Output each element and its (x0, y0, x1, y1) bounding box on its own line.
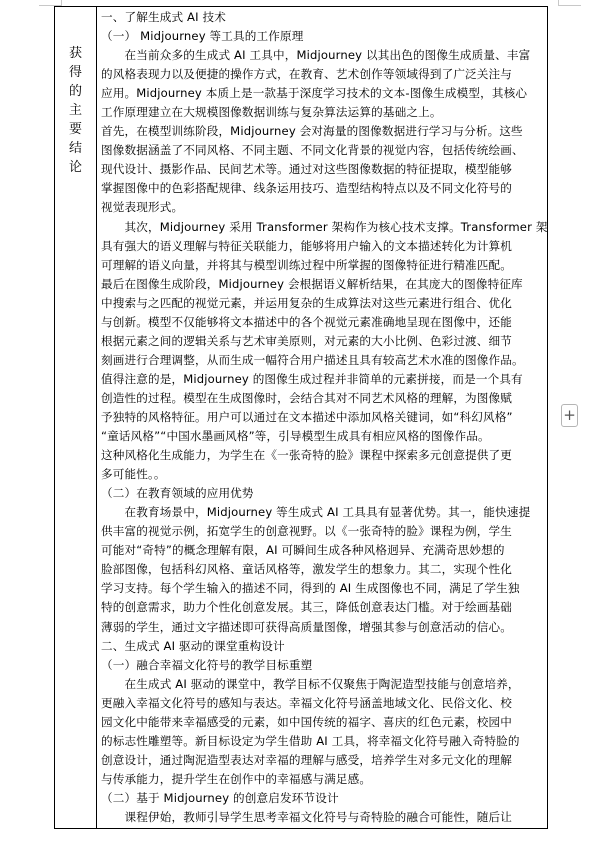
text-line: 首先，在模型训练阶段，Midjourney 会对海量的图像数据进行学习与分析。这… (101, 122, 547, 141)
text-line: 学生分组讨论并在 Midjourney 中输入相关描述词，如“带有福字元素的奇特… (101, 827, 547, 828)
text-line: 创造性的过程。模型在生成图像时，会结合其对不同艺术风格的理解，为图像赋 (101, 389, 547, 408)
content-cell[interactable]: 一、了解生成式 AI 技术 （一） Midjourney 等工具的工作原理 在当… (97, 7, 547, 828)
label-char: 得 (69, 63, 82, 82)
add-row-button[interactable]: + (561, 404, 578, 427)
text-line: 值得注意的是，Midjourney 的图像生成过程并非简单的元素拼接，而是一个具… (101, 370, 547, 389)
text-line: 可能对“奇特”的概念理解有限，AI 可瞬间生成各种风格迥异、充满奇思妙想的 (101, 541, 547, 560)
text-line: 具有强大的语义理解与特征关联能力，能够将用户输入的文本描述转化为计算机 (101, 237, 547, 256)
subsection-heading: （一） Midjourney 等工具的工作原理 (101, 27, 547, 46)
text-line: 在生成式 AI 驱动的课堂中，教学目标不仅聚焦于陶泥造型技能与创意培养， (101, 675, 547, 694)
text-line: 刻画进行合理调整，从而生成一幅符合用户描述且具有较高艺术水准的图像作品。 (101, 351, 547, 370)
text-line: 课程伊始，教师引导学生思考幸福文化符号与奇特脸的融合可能性，随后让 (101, 808, 547, 827)
text-line: 更融入幸福文化符号的感知与表达。幸福文化符号涵盖地域文化、民俗文化、校 (101, 694, 547, 713)
section-heading: 一、了解生成式 AI 技术 (101, 8, 547, 27)
text-line: 与传承能力，提升学生在创作中的幸福感与满足感。 (101, 770, 547, 789)
text-line: 视觉表现形式。 (101, 198, 547, 217)
text-line: 脸部图像，包括科幻风格、童话风格等，激发学生的想象力。其二，实现个性化 (101, 560, 547, 579)
text-line: 在当前众多的生成式 AI 工具中，Midjourney 以其出色的图像生成质量、… (101, 46, 547, 65)
label-char: 要 (69, 120, 82, 139)
label-char: 的 (69, 82, 82, 101)
text-line: 特的创意需求，助力个性化创意发展。其三，降低创意表达门槛。对于绘画基础 (101, 598, 547, 617)
plus-icon: + (563, 408, 576, 423)
text-line: 的标志性雕塑等。新目标设定为学生借助 AI 工具，将幸福文化符号融入奇特脸的 (101, 732, 547, 751)
text-line: 中搜索与之匹配的视觉元素，并运用复杂的生成算法对这些元素进行组合、优化 (101, 294, 547, 313)
text-line: 应用。Midjourney 本质上是一款基于深度学习技术的文本-图像生成模型，其… (101, 84, 547, 103)
text-line: 薄弱的学生，通过文字描述即可获得高质量图像，增强其参与创意活动的信心。 (101, 618, 547, 637)
subsection-heading: （二）基于 Midjourney 的创意启发环节设计 (101, 789, 547, 808)
text-line: 予独特的风格特征。用户可以通过在文本描述中添加风格关键词，如“科幻风格” (101, 408, 547, 427)
text-line: 创意设计，通过陶泥造型表达对幸福的理解与感受，培养学生对多元文化的理解 (101, 751, 547, 770)
subsection-heading: （二）在教育领域的应用优势 (101, 484, 547, 503)
row-label-cell: 获 得 的 主 要 结 论 (55, 7, 97, 828)
text-line: 图像数据涵盖了不同风格、不同主题、不同文化背景的视觉内容，包括传统绘画、 (101, 141, 547, 160)
text-line: 多可能性。。 (101, 465, 547, 484)
text-line: 可理解的语义向量，并将其与模型训练过程中所掌握的图像特征进行精准匹配。 (101, 256, 547, 275)
text-line: “童话风格”“中国水墨画风格”等，引导模型生成具有相应风格的图像作品。 (101, 427, 547, 446)
text-line: 供丰富的视觉示例，拓宽学生的创意视野。以《一张奇特的脸》课程为例，学生 (101, 522, 547, 541)
text-line: 学习支持。每个学生输入的描述不同，得到的 AI 生成图像也不同，满足了学生独 (101, 579, 547, 598)
text-line: 与创新。模型不仅能够将文本描述中的各个视觉元素准确地呈现在图像中，还能 (101, 313, 547, 332)
text-line: 园文化中能带来幸福感受的元素，如中国传统的福字、喜庆的红色元素，校园中 (101, 713, 547, 732)
label-char: 主 (69, 101, 82, 120)
label-char: 论 (69, 158, 82, 177)
text-line: 掌握图像中的色彩搭配规律、线条运用技巧、造型结构特点以及不同文化符号的 (101, 179, 547, 198)
text-line: 的风格表现力以及便捷的操作方式，在教育、艺术创作等领域得到了广泛关注与 (101, 65, 547, 84)
text-line: 其次，Midjourney 采用 Transformer 架构作为核心技术支撑。… (101, 218, 547, 237)
text-line: 在教育场景中，Midjourney 等生成式 AI 工具具有显著优势。其一，能快… (101, 503, 547, 522)
label-char: 结 (69, 139, 82, 158)
page-corner-mark-right (558, 0, 581, 6)
section-heading: 二、生成式 AI 驱动的课堂重构设计 (101, 637, 547, 656)
text-line: 根据元素之间的逻辑关系与艺术审美原则，对元素的大小比例、色彩过渡、细节 (101, 332, 547, 351)
conclusions-table: 获 得 的 主 要 结 论 一、了解生成式 AI 技术 （一） Midjourn… (54, 6, 548, 829)
text-line: 最后在图像生成阶段，Midjourney 会根据语义解析结果，在其庞大的图像特征… (101, 275, 547, 294)
text-line: 现代设计、摄影作品、民间艺术等。通过对这些图像数据的特征提取，模型能够 (101, 160, 547, 179)
text-line: 这种风格化生成能力，为学生在《一张奇特的脸》课程中探索多元创意提供了更 (101, 446, 547, 465)
subsection-heading: （一）融合幸福文化符号的教学目标重塑 (101, 656, 547, 675)
text-line: 工作原理建立在大规模图像数据训练与复杂算法运算的基础之上。 (101, 103, 547, 122)
label-char: 获 (69, 44, 82, 63)
